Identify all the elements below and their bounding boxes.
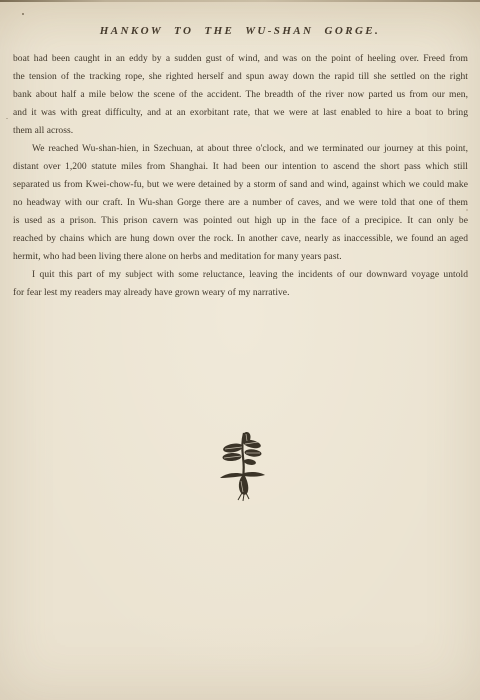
running-header: HANKOW TO THE WU-SHAN GORGE. xyxy=(0,25,480,38)
text-line: I quit this part of my subject with some… xyxy=(13,266,468,284)
botanical-sprig-icon xyxy=(218,431,268,501)
botanical-sprig-illustration xyxy=(218,431,268,501)
paper-speck xyxy=(6,118,8,119)
text-line: for fear lest my readers may already hav… xyxy=(13,284,468,302)
text-line: We reached Wu-shan-hien, in Szechuan, at… xyxy=(13,140,468,158)
text-line: them all across. xyxy=(13,122,468,140)
text-line: distant over 1,200 statute miles from Sh… xyxy=(13,158,468,176)
text-line: no headway with our craft. In Wu-shan Go… xyxy=(13,194,468,212)
text-line: boat had been caught in an eddy by a sud… xyxy=(13,50,468,68)
text-block: boat had been caught in an eddy by a sud… xyxy=(13,50,468,302)
book-page: HANKOW TO THE WU-SHAN GORGE. boat had be… xyxy=(0,0,480,700)
page-top-edge-shadow xyxy=(0,0,480,2)
text-line: the tension of the tracking rope, she ri… xyxy=(13,68,468,86)
text-line: bank about half a mile below the scene o… xyxy=(13,86,468,104)
text-line: is used as a prison. This prison cavern … xyxy=(13,212,468,230)
text-line: hermit, who had been living there alone … xyxy=(13,248,468,266)
paper-speck xyxy=(22,13,24,15)
text-line: and it was with great difficulty, and at… xyxy=(13,104,468,122)
text-line: reached by chains which are hung down ov… xyxy=(13,230,468,248)
text-line: separated us from Kwei-chow-fu, but we w… xyxy=(13,176,468,194)
